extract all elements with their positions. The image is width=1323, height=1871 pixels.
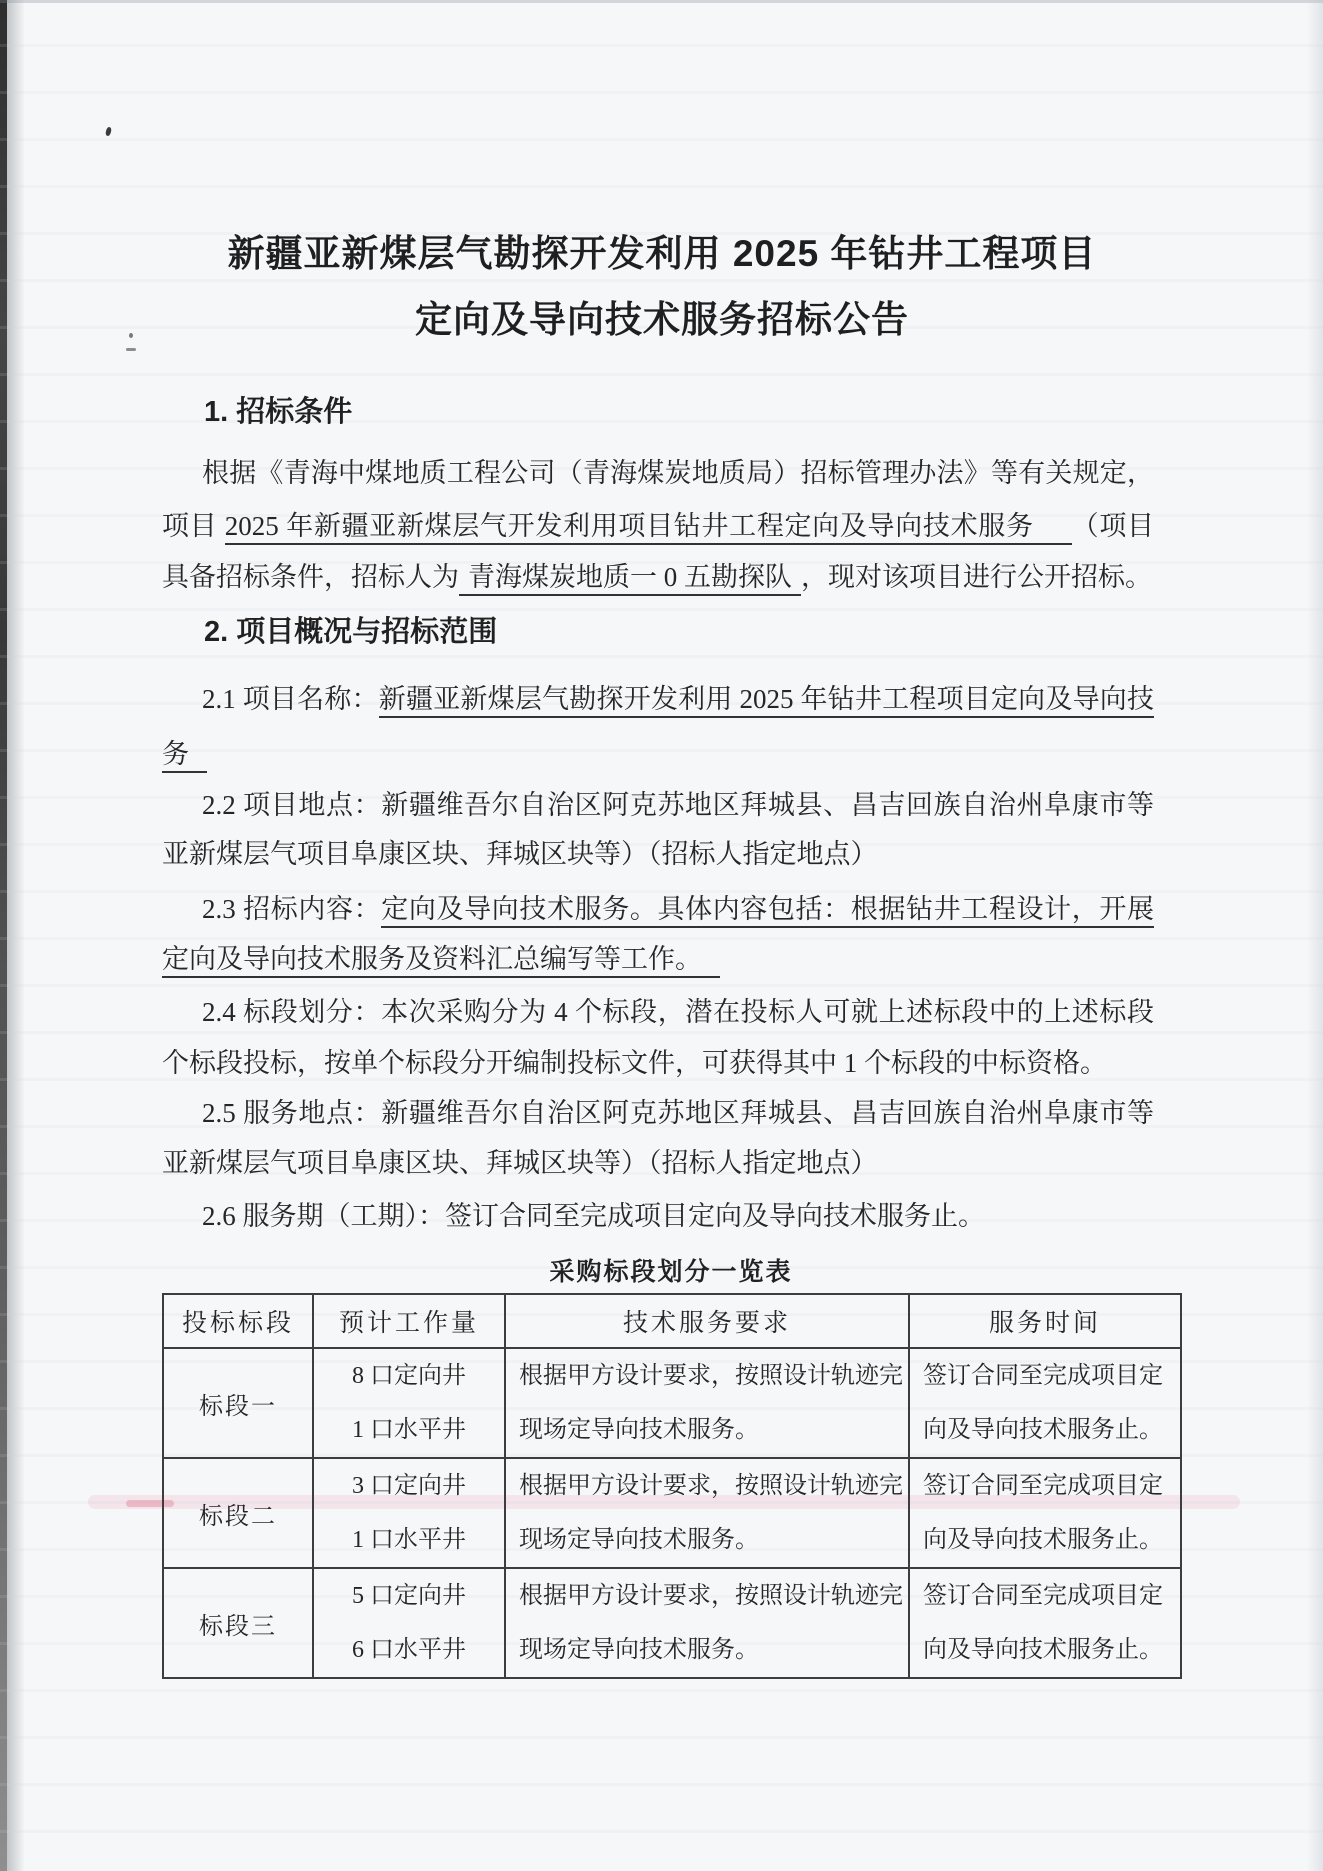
- underlined-text: 定向及导向技术服务及资料汇总编写等工作。: [162, 944, 720, 978]
- paragraph-line: 具备招标条件，招标人为青海煤炭地质一 0 五勘探队，现对该项目进行公开招标。: [162, 556, 1154, 604]
- workload-cell: 8 口定向井 1 口水平井: [313, 1348, 505, 1458]
- item-2-5-line1: 2.5 服务地点：新疆维吾尔自治区阿克苏地区拜城县、昌吉回族自治州阜康市等（新疆: [162, 1092, 1154, 1140]
- item-2-4-line1: 2.4 标段划分：本次采购分为 4 个标段，潜在投标人可就上述标段中的上述标段中…: [162, 991, 1154, 1039]
- item-2-1-line1: 2.1 项目名称：新疆亚新煤层气勘探开发利用 2025 年钻井工程项目定向及导向…: [162, 678, 1154, 726]
- workload-cell: 3 口定向井 1 口水平井: [313, 1458, 505, 1568]
- col-header-lot: 投标标段: [163, 1294, 313, 1348]
- text-segment: 2.1 项目名称：: [202, 684, 379, 714]
- time-line: 向及导向技术服务止。: [923, 1403, 1174, 1457]
- ink-speck: [105, 127, 112, 137]
- requirement-line: 现场定导向技术服务。: [519, 1513, 902, 1567]
- table-row: 标段三 5 口定向井 6 口水平井 根据甲方设计要求，按照设计轨迹完成 现场定导…: [163, 1568, 1181, 1678]
- lots-table: 投标标段 预计工作量 技术服务要求 服务时间 标段一 8 口定向井 1 口水平井…: [162, 1293, 1182, 1679]
- workload-line: 8 口定向井: [314, 1349, 504, 1403]
- table-caption: 采购标段划分一览表: [162, 1252, 1180, 1288]
- scan-left-edge: [0, 0, 7, 1871]
- document-title-line2: 定向及导向技术服务招标公告: [92, 296, 1232, 344]
- lot-cell: 标段一: [163, 1348, 313, 1458]
- time-line: 签订合同至完成项目定: [923, 1569, 1174, 1623]
- paragraph-line: 项目 2025 年新疆亚新煤层气开发利用项目钻井工程定向及导向技术服务（项目名称…: [162, 505, 1154, 553]
- table-row: 标段一 8 口定向井 1 口水平井 根据甲方设计要求，按照设计轨迹完成 现场定导…: [163, 1348, 1181, 1458]
- col-header-time: 服务时间: [909, 1294, 1181, 1348]
- lot-cell: 标段二: [163, 1458, 313, 1568]
- item-2-2-line2: 亚新煤层气项目阜康区块、拜城区块等）（招标人指定地点）: [162, 833, 1154, 881]
- scan-left-edge-shadow: [7, 0, 25, 1871]
- underlined-text: 务: [162, 739, 207, 773]
- item-2-3-line2: 定向及导向技术服务及资料汇总编写等工作。: [162, 938, 1154, 986]
- workload-line: 5 口定向井: [314, 1569, 504, 1623]
- time-line: 向及导向技术服务止。: [923, 1623, 1174, 1677]
- scan-right-edge: [1307, 0, 1323, 1871]
- requirement-cell: 根据甲方设计要求，按照设计轨迹完成 现场定导向技术服务。: [505, 1568, 909, 1678]
- paragraph-line: 根据《青海中煤地质工程公司（青海煤炭地质局）招标管理办法》等有关规定，本招标: [162, 452, 1154, 500]
- scanned-document-page: 新疆亚新煤层气勘探开发利用 2025 年钻井工程项目 定向及导向技术服务招标公告…: [0, 0, 1323, 1871]
- title-underlined-text: 定向及导向技术服务: [415, 299, 757, 344]
- title-underlined-text: 新疆亚新煤层气勘探开发利用 2025 年钻井工程项目: [228, 233, 1097, 278]
- requirement-line: 现场定导向技术服务。: [519, 1403, 902, 1457]
- table-row: 标段二 3 口定向井 1 口水平井 根据甲方设计要求，按照设计轨迹完成 现场定导…: [163, 1458, 1181, 1568]
- time-cell: 签订合同至完成项目定 向及导向技术服务止。: [909, 1348, 1181, 1458]
- time-line: 签订合同至完成项目定: [923, 1349, 1174, 1403]
- text-segment: 具备招标条件，招标人为: [162, 562, 459, 592]
- section1-heading: 1. 招标条件: [162, 392, 1154, 432]
- time-line: 签订合同至完成项目定: [923, 1459, 1174, 1513]
- col-header-workload: 预计工作量: [313, 1294, 505, 1348]
- requirement-line: 现场定导向技术服务。: [519, 1623, 902, 1677]
- item-2-2-line1: 2.2 项目地点：新疆维吾尔自治区阿克苏地区拜城县、昌吉回族自治州阜康市等（新疆: [162, 784, 1154, 832]
- title-plain-text: 招标公告: [757, 299, 909, 340]
- requirement-line: 根据甲方设计要求，按照设计轨迹完成: [519, 1459, 902, 1513]
- time-line: 向及导向技术服务止。: [923, 1513, 1174, 1567]
- time-cell: 签订合同至完成项目定 向及导向技术服务止。: [909, 1568, 1181, 1678]
- workload-cell: 5 口定向井 6 口水平井: [313, 1568, 505, 1678]
- underlined-blank-value: 2025 年新疆亚新煤层气开发利用项目钻井工程定向及导向技术服务: [225, 511, 1072, 545]
- item-2-4-line2: 个标段投标，按单个标段分开编制投标文件，可获得其中 1 个标段的中标资格。: [162, 1042, 1154, 1090]
- requirement-line: 根据甲方设计要求，按照设计轨迹完成: [519, 1349, 902, 1403]
- requirement-cell: 根据甲方设计要求，按照设计轨迹完成 现场定导向技术服务。: [505, 1348, 909, 1458]
- text-segment: 项目: [162, 511, 225, 541]
- time-cell: 签订合同至完成项目定 向及导向技术服务止。: [909, 1458, 1181, 1568]
- requirement-cell: 根据甲方设计要求，按照设计轨迹完成 现场定导向技术服务。: [505, 1458, 909, 1568]
- text-segment: ，现对该项目进行公开招标。: [801, 562, 1152, 592]
- scan-top-edge: [0, 0, 1323, 3]
- requirement-line: 根据甲方设计要求，按照设计轨迹完成: [519, 1569, 902, 1623]
- col-header-requirement: 技术服务要求: [505, 1294, 909, 1348]
- workload-line: 1 口水平井: [314, 1513, 504, 1567]
- item-2-6-line: 2.6 服务期（工期）：签订合同至完成项目定向及导向技术服务止。: [162, 1195, 1154, 1243]
- document-title-line1: 新疆亚新煤层气勘探开发利用 2025 年钻井工程项目: [92, 230, 1232, 278]
- table-header-row: 投标标段 预计工作量 技术服务要求 服务时间: [163, 1294, 1181, 1348]
- item-2-5-line2: 亚新煤层气项目阜康区块、拜城区块等）（招标人指定地点）: [162, 1142, 1154, 1190]
- underlined-blank-value: 青海煤炭地质一 0 五勘探队: [459, 562, 801, 596]
- ink-speck: [126, 348, 136, 351]
- text-segment: 2.3 招标内容：: [202, 894, 381, 924]
- item-2-1-line2: 务: [162, 733, 1154, 781]
- item-2-3-line1: 2.3 招标内容：定向及导向技术服务。具体内容包括：根据钻井工程设计，开展钻井的: [162, 888, 1154, 936]
- lot-cell: 标段三: [163, 1568, 313, 1678]
- section2-heading: 2. 项目概况与招标范围: [162, 612, 1154, 652]
- workload-line: 6 口水平井: [314, 1623, 504, 1677]
- workload-line: 3 口定向井: [314, 1459, 504, 1513]
- workload-line: 1 口水平井: [314, 1403, 504, 1457]
